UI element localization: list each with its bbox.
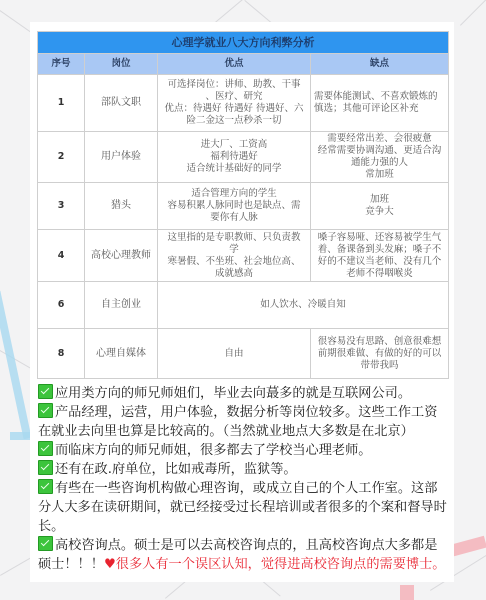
cons-line: 需要经常出差、会很疲惫 xyxy=(314,133,445,145)
note-item: 有些在一些咨询机构做心理咨询，或成立自己的个人工作室。这部分人大多在读研期间，就… xyxy=(38,479,450,536)
note-item: 产品经理，运营，用户体验，数据分析等岗位较多。这些工作工资在就业去向里也算是比较… xyxy=(38,403,450,441)
check-icon xyxy=(38,441,53,456)
header-index: 序号 xyxy=(38,54,85,75)
note-text: 产品经理，运营，用户体验，数据分析等岗位较多。这些工作工资在就业去向里也算是比较… xyxy=(38,405,437,439)
note-item: 还有在政.府单位，比如戒毒所，监狱等。 xyxy=(38,460,450,479)
table-row: 3 猎头 适合管理方向的学生 容易积累人脉同时也是缺点、需 要你有人脉 加班 竞… xyxy=(38,183,449,230)
cons-line: 慎选；其他可评论区补充 xyxy=(314,103,445,115)
pros-line: 寒暑假、不坐班、社会地位高、 xyxy=(161,256,307,268)
row-pros: 适合管理方向的学生 容易积累人脉同时也是缺点、需 要你有人脉 xyxy=(158,183,311,230)
table-row: 6 自主创业 如人饮水、冷暖自知 xyxy=(38,282,449,329)
pros-line: 这里指的是专职教师、只负责教 xyxy=(161,232,307,244)
row-position: 自主创业 xyxy=(85,282,158,329)
header-position: 岗位 xyxy=(85,54,158,75)
row-position: 用户体验 xyxy=(85,132,158,183)
row-cons: 加班 竞争大 xyxy=(311,183,449,230)
note-item: 高校咨询点。硕士是可以去高校咨询点的，且高校咨询点大多都是硕士！！！♥很多人有一… xyxy=(38,536,450,574)
cons-line: 老师不得咽喉炎 xyxy=(314,268,445,280)
row-index: 8 xyxy=(38,329,85,379)
cons-line: 经常需要协调沟通、更适合沟 xyxy=(314,145,445,157)
pros-line: 优点：待遇好 待遇好 待遇好、六 xyxy=(161,103,307,115)
check-icon xyxy=(38,479,53,494)
note-text: 有些在一些咨询机构做心理咨询，或成立自己的个人工作室。这部分人大多在读研期间，就… xyxy=(38,481,447,534)
note-text: 而临床方向的师兄师姐，很多都去了学校当心理老师。 xyxy=(55,443,372,458)
table-row: 2 用户体验 进大厂、工资高 福利待遇好 适合统计基础好的同学 需要经常出差、会… xyxy=(38,132,449,183)
row-pros: 进大厂、工资高 福利待遇好 适合统计基础好的同学 xyxy=(158,132,311,183)
header-cons: 缺点 xyxy=(311,54,449,75)
table-row: 4 高校心理教师 这里指的是专职教师、只负责教 学 寒暑假、不坐班、社会地位高、… xyxy=(38,230,449,282)
note-item: 而临床方向的师兄师姐，很多都去了学校当心理老师。 xyxy=(38,441,450,460)
check-icon xyxy=(38,384,53,399)
pros-line: 适合管理方向的学生 xyxy=(161,188,307,200)
pros-line: 学 xyxy=(161,244,307,256)
cons-line: 加班 xyxy=(314,194,445,206)
notes-section: 应用类方向的师兄师姐们，毕业去向蕞多的就是互联网公司。 产品经理，运营，用户体验… xyxy=(38,384,450,574)
row-position: 心理自媒体 xyxy=(85,329,158,379)
row-index: 4 xyxy=(38,230,85,282)
analysis-table: 心理学就业八大方向利弊分析 序号 岗位 优点 缺点 1 部队文职 可选择岗位：讲… xyxy=(37,31,449,379)
cons-line: 竞争大 xyxy=(314,206,445,218)
cons-line: 着、备课备到头发麻；嗓子不 xyxy=(314,244,445,256)
table-title: 心理学就业八大方向利弊分析 xyxy=(38,32,449,54)
cons-line: 带带我吗 xyxy=(314,360,445,372)
pros-line: 容易积累人脉同时也是缺点、需 xyxy=(161,200,307,212)
table-row: 1 部队文职 可选择岗位：讲师、助教、干事 、医疗、研究 优点：待遇好 待遇好 … xyxy=(38,75,449,132)
pros-line: 自由 xyxy=(161,348,307,360)
row-index: 3 xyxy=(38,183,85,230)
row-position: 猎头 xyxy=(85,183,158,230)
pros-line: 适合统计基础好的同学 xyxy=(161,163,307,175)
heart-icon: ♥ xyxy=(104,557,116,572)
note-text: 还有在政.府单位，比如戒毒所，监狱等。 xyxy=(55,462,297,477)
row-cons: 很容易没有思路、创意很难想 前期很难做、有做的好的可以 带带我吗 xyxy=(311,329,449,379)
pros-line: 进大厂、工资高 xyxy=(161,139,307,151)
pros-line: 成就感高 xyxy=(161,268,307,280)
cons-line: 前期很难做、有做的好的可以 xyxy=(314,348,445,360)
cons-line: 需要体能测试、不喜欢锻炼的 xyxy=(314,91,445,103)
pros-line: 险二金这一点秒杀一切 xyxy=(161,115,307,127)
check-icon xyxy=(38,460,53,475)
row-merged-note: 如人饮水、冷暖自知 xyxy=(158,282,449,329)
pros-line: 、医疗、研究 xyxy=(161,91,307,103)
check-icon xyxy=(38,403,53,418)
row-cons: 需要经常出差、会很疲惫 经常需要协调沟通、更适合沟 通能力强的人 常加班 xyxy=(311,132,449,183)
row-pros: 自由 xyxy=(158,329,311,379)
row-cons: 需要体能测试、不喜欢锻炼的 慎选；其他可评论区补充 xyxy=(311,75,449,132)
cons-line: 很容易没有思路、创意很难想 xyxy=(314,336,445,348)
row-pros: 可选择岗位：讲师、助教、干事 、医疗、研究 优点：待遇好 待遇好 待遇好、六 险… xyxy=(158,75,311,132)
note-text: 应用类方向的师兄师姐们，毕业去向蕞多的就是互联网公司。 xyxy=(55,386,411,401)
header-pros: 优点 xyxy=(158,54,311,75)
pros-line: 要你有人脉 xyxy=(161,212,307,224)
check-icon xyxy=(38,536,53,551)
row-pros: 这里指的是专职教师、只负责教 学 寒暑假、不坐班、社会地位高、 成就感高 xyxy=(158,230,311,282)
pros-line: 可选择岗位：讲师、助教、干事 xyxy=(161,79,307,91)
cons-line: 通能力强的人 xyxy=(314,157,445,169)
table-row: 8 心理自媒体 自由 很容易没有思路、创意很难想 前期很难做、有做的好的可以 带… xyxy=(38,329,449,379)
note-item: 应用类方向的师兄师姐们，毕业去向蕞多的就是互联网公司。 xyxy=(38,384,450,403)
cons-line: 嗓子容易哑、还容易被学生气 xyxy=(314,232,445,244)
row-position: 高校心理教师 xyxy=(85,230,158,282)
row-index: 6 xyxy=(38,282,85,329)
row-position: 部队文职 xyxy=(85,75,158,132)
pros-line: 福利待遇好 xyxy=(161,151,307,163)
row-index: 2 xyxy=(38,132,85,183)
cons-line: 好的不建议当老师、没有几个 xyxy=(314,256,445,268)
cons-line: 常加班 xyxy=(314,169,445,181)
row-cons: 嗓子容易哑、还容易被学生气 着、备课备到头发麻；嗓子不 好的不建议当老师、没有几… xyxy=(311,230,449,282)
row-index: 1 xyxy=(38,75,85,132)
warning-text: 很多人有一个误区认知，觉得进高校咨询点的需要博士。 xyxy=(116,557,446,572)
